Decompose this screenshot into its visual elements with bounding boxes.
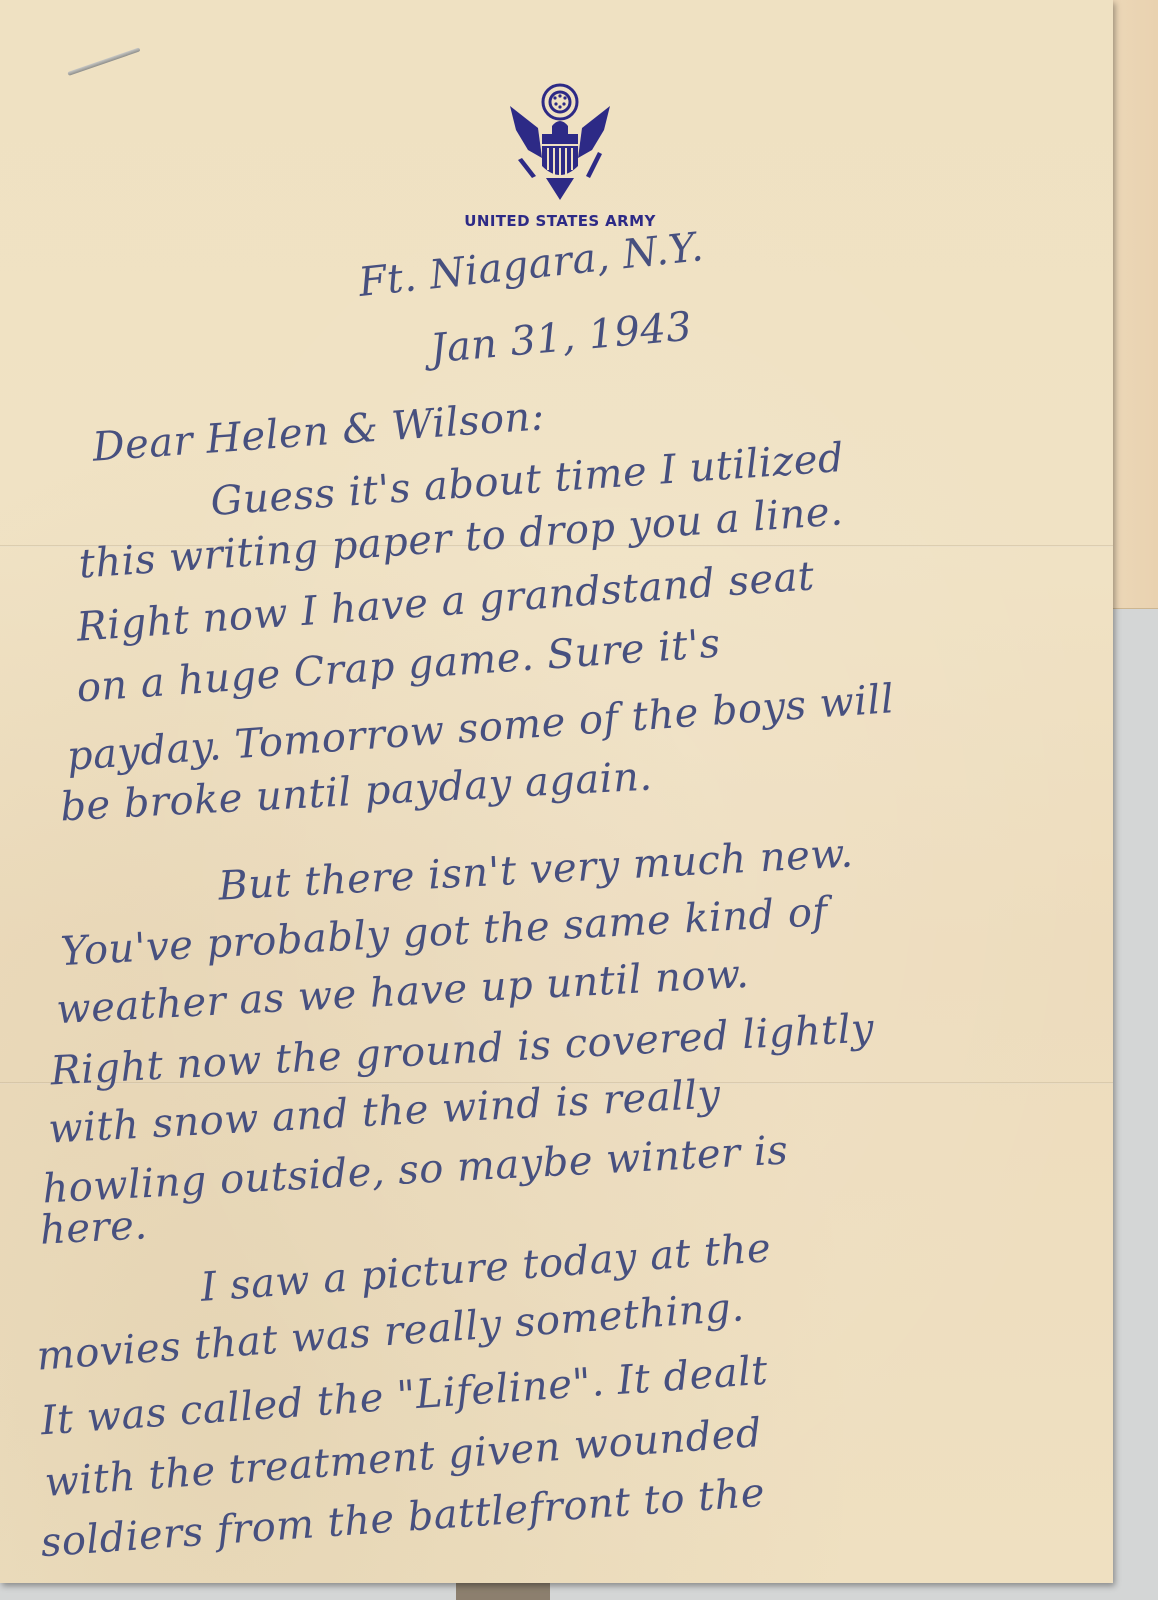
letterhead: UNITED STATES ARMY — [440, 80, 680, 230]
letter-line: here. — [39, 1205, 148, 1251]
salutation: Dear Helen & Wilson: — [91, 396, 546, 468]
staple — [67, 47, 140, 76]
organization-name: UNITED STATES ARMY — [440, 212, 680, 230]
location-line: Ft. Niagara, N.Y. — [357, 227, 706, 303]
date-line: Jan 31, 1943 — [429, 307, 694, 370]
us-army-eagle-seal-icon — [502, 80, 618, 202]
letter-page: UNITED STATES ARMY Ft. Niagara, N.Y. Jan… — [0, 0, 1113, 1583]
underlying-page-tab — [456, 1582, 550, 1600]
